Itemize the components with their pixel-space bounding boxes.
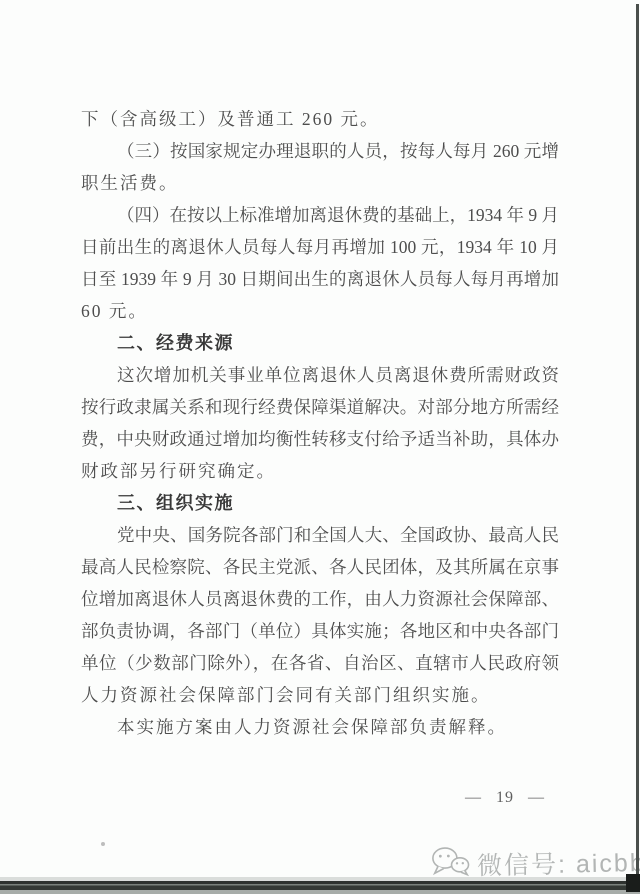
document-line: 按行政隶属关系和现行经费保障渠道解决。对部分地方所需经: [81, 391, 559, 423]
document-line: 60 元。: [81, 295, 559, 327]
document-line: 本实施方案由人力资源社会保障部负责解释。: [81, 711, 559, 743]
document-line: 职生活费。: [81, 167, 559, 199]
scan-bottom-strip: [0, 890, 640, 894]
document-line: 费，中央财政通过增加均衡性转移支付给予适当补助，具体办法由: [81, 423, 559, 455]
document-line: 单位（少数部门除外），在各省、自治区、直辖市人民政府领导下，由: [81, 647, 559, 679]
document-line: 日前出生的离退休人员每人每月再增加 100 元，1934 年 10 月 1: [81, 231, 559, 263]
document-body: 下（含高级工）及普通工 260 元。（三）按国家规定办理退职的人员，按每人每月 …: [81, 103, 559, 743]
document-line: 人力资源社会保障部门会同有关部门组织实施。: [81, 679, 559, 711]
watermark-label: 微信号: aicbbs: [477, 842, 640, 882]
section-heading: 三、组织实施: [81, 487, 559, 519]
document-line: （四）在按以上标准增加离退休费的基础上，1934 年 9 月 30: [81, 199, 559, 231]
scan-edge-right: [636, 4, 639, 882]
document-line: 最高人民检察院、各民主党派、各人民团体，及其所属在京事业单: [81, 551, 559, 583]
scanned-document-page: 下（含高级工）及普通工 260 元。（三）按国家规定办理退职的人员，按每人每月 …: [0, 0, 640, 894]
document-line: 这次增加机关事业单位离退休人员离退休费所需财政资金，: [81, 359, 559, 391]
document-line: 部负责协调，各部门（单位）具体实施；各地区和中央各部门在京外: [81, 615, 559, 647]
section-heading: 二、经费来源: [81, 327, 559, 359]
document-line: 财政部另行研究确定。: [81, 455, 559, 487]
page-number: — 19 —: [440, 789, 570, 807]
document-line: 党中央、国务院各部门和全国人大、全国政协、最高人民法院、: [81, 519, 559, 551]
document-line: 位增加离退休人员离退休费的工作，由人力资源社会保障部、财政: [81, 583, 559, 615]
scan-speck: [101, 842, 105, 846]
document-line: （三）按国家规定办理退职的人员，按每人每月 260 元增加退: [81, 135, 559, 167]
document-line: 日至 1939 年 9 月 30 日期间出生的离退休人员每人每月再增加: [81, 263, 559, 295]
scan-bottom-band: [0, 881, 640, 890]
scan-corner-block: [626, 874, 640, 892]
document-line: 下（含高级工）及普通工 260 元。: [81, 103, 559, 135]
